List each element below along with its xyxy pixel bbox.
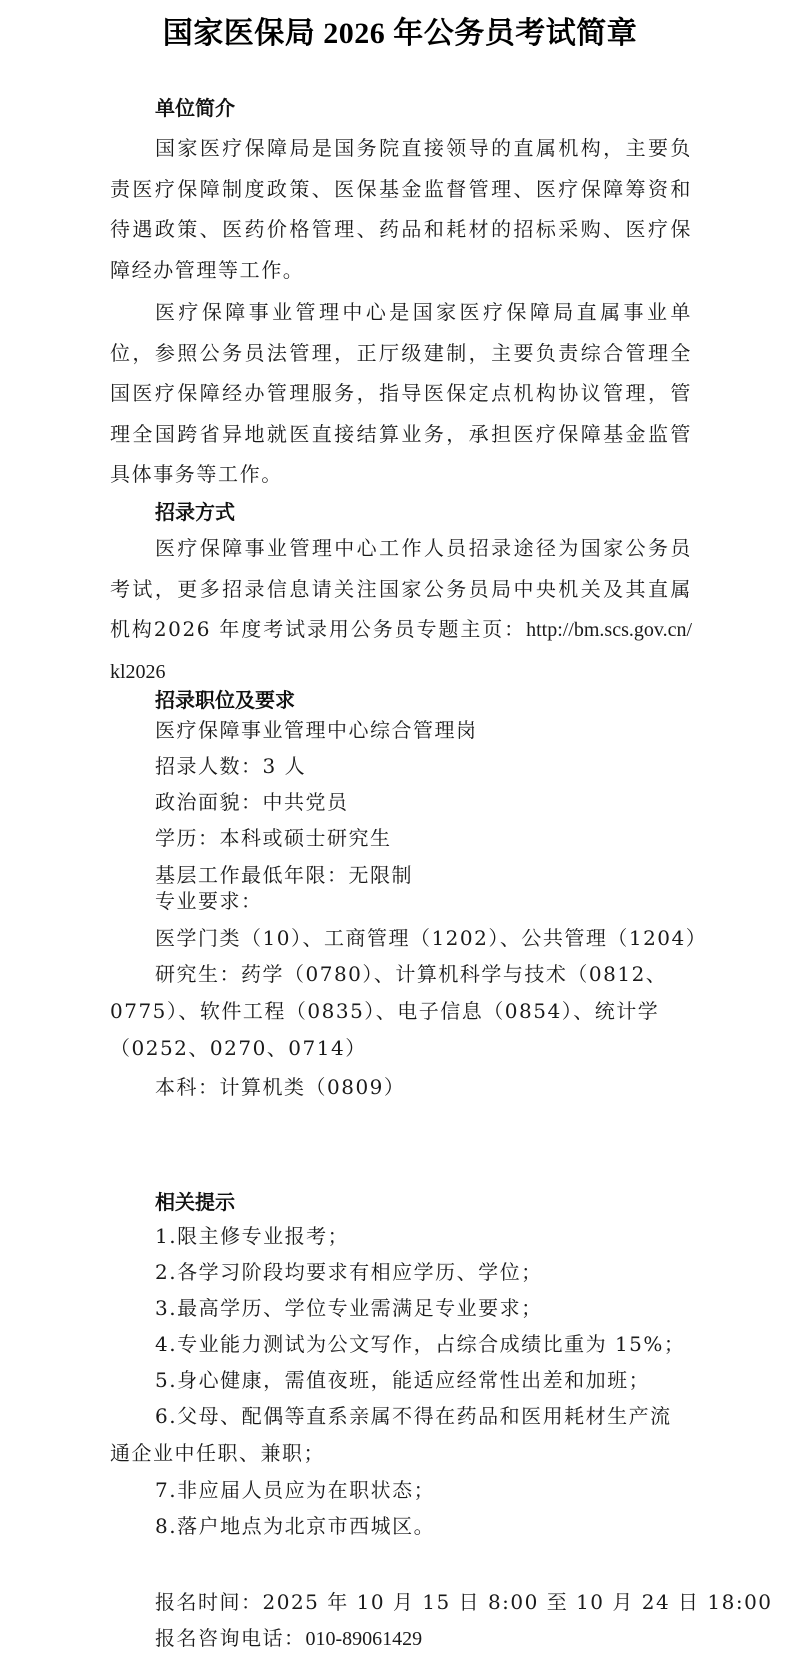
intro-paragraph-2: 医疗保障事业管理中心是国家医疗保障局直属事业单位，参照公务员法管理，正厅级建制，… [110,292,692,495]
section-heading-notes: 相关提示 [110,1188,692,1216]
note-item: 4.专业能力测试为公文写作，占综合成绩比重为 15%； [110,1326,692,1362]
position-name: 医疗保障事业管理中心综合管理岗 [110,712,692,748]
document-title: 国家医保局 2026 年公务员考试简章 [0,8,800,52]
field-education: 学历：本科或硕士研究生 [110,820,692,856]
intro-paragraph-1-block: 国家医疗保障局是国务院直接领导的直属机构，主要负责医疗保障制度政策、医保基金监督… [110,128,692,290]
field-political-status: 政治面貌：中共党员 [110,784,692,820]
major-graduate: 研究生：药学（0780）、计算机科学与技术（0812、0775）、软件工程（08… [110,956,692,1067]
major-requirement-label: 专业要求： [110,888,692,914]
registration-phone-value: 010-89061429 [306,1628,423,1650]
registration-time: 报名时间：2025 年 10 月 15 日 8:00 至 10 月 24 日 1… [110,1584,692,1620]
registration-info: 报名时间：2025 年 10 月 15 日 8:00 至 10 月 24 日 1… [110,1584,692,1657]
registration-time-value: 2025 年 10 月 15 日 8:00 至 10 月 24 日 18:00 [263,1590,773,1614]
section-method: 招录方式 [110,498,692,526]
field-min-grassroots-years: 基层工作最低年限：无限制 [110,862,692,888]
section-intro: 单位简介 [110,94,692,122]
position-details: 医疗保障事业管理中心综合管理岗 招录人数：3 人 政治面貌：中共党员 学历：本科… [110,712,692,1105]
notes-list: 1.限主修专业报考； 2.各学习阶段均要求有相应学历、学位； 3.最高学历、学位… [110,1218,692,1544]
field-label: 政治面貌： [155,790,263,814]
major-undergraduate: 本科：计算机类（0809） [110,1069,692,1105]
method-paragraph-block: 医疗保障事业管理中心工作人员招录途径为国家公务员考试，更多招录信息请关注国家公务… [110,528,692,692]
field-label: 专业要求： [155,889,263,913]
note-item: 1.限主修专业报考； [110,1218,692,1254]
section-heading-method: 招录方式 [110,498,692,526]
field-value: 本科或硕士研究生 [220,826,392,850]
method-paragraph: 医疗保障事业管理中心工作人员招录途径为国家公务员考试，更多招录信息请关注国家公务… [110,528,692,692]
field-recruit-count: 招录人数：3 人 [110,748,692,784]
registration-time-label: 报名时间： [155,1590,263,1614]
section-heading-position: 招录职位及要求 [110,686,692,714]
section-heading-intro: 单位简介 [110,94,692,122]
field-label: 基层工作最低年限： [155,863,349,887]
field-value: 3 人 [263,754,307,778]
intro-paragraph-1: 国家医疗保障局是国务院直接领导的直属机构，主要负责医疗保障制度政策、医保基金监督… [110,128,692,290]
note-item: 2.各学习阶段均要求有相应学历、学位； [110,1254,692,1290]
field-value: 中共党员 [263,790,349,814]
registration-phone-label: 报名咨询电话： [155,1626,306,1650]
note-item: 5.身心健康，需值夜班，能适应经常性出差和加班； [110,1362,692,1398]
field-label: 学历： [155,826,220,850]
note-item: 6.父母、配偶等直系亲属不得在药品和医用耗材生产流通企业中任职、兼职； [110,1398,692,1472]
note-item: 8.落户地点为北京市西城区。 [110,1508,692,1544]
note-item: 7.非应届人员应为在职状态； [110,1472,692,1508]
intro-paragraph-2-block: 医疗保障事业管理中心是国家医疗保障局直属事业单位，参照公务员法管理，正厅级建制，… [110,292,692,495]
major-general: 医学门类（10）、工商管理（1202）、公共管理（1204） [110,920,692,956]
field-label: 招录人数： [155,754,263,778]
section-position: 招录职位及要求 [110,686,692,714]
field-value: 无限制 [349,863,414,887]
section-notes: 相关提示 [110,1188,692,1216]
registration-phone: 报名咨询电话：010-89061429 [110,1620,692,1657]
note-item: 3.最高学历、学位专业需满足专业要求； [110,1290,692,1326]
